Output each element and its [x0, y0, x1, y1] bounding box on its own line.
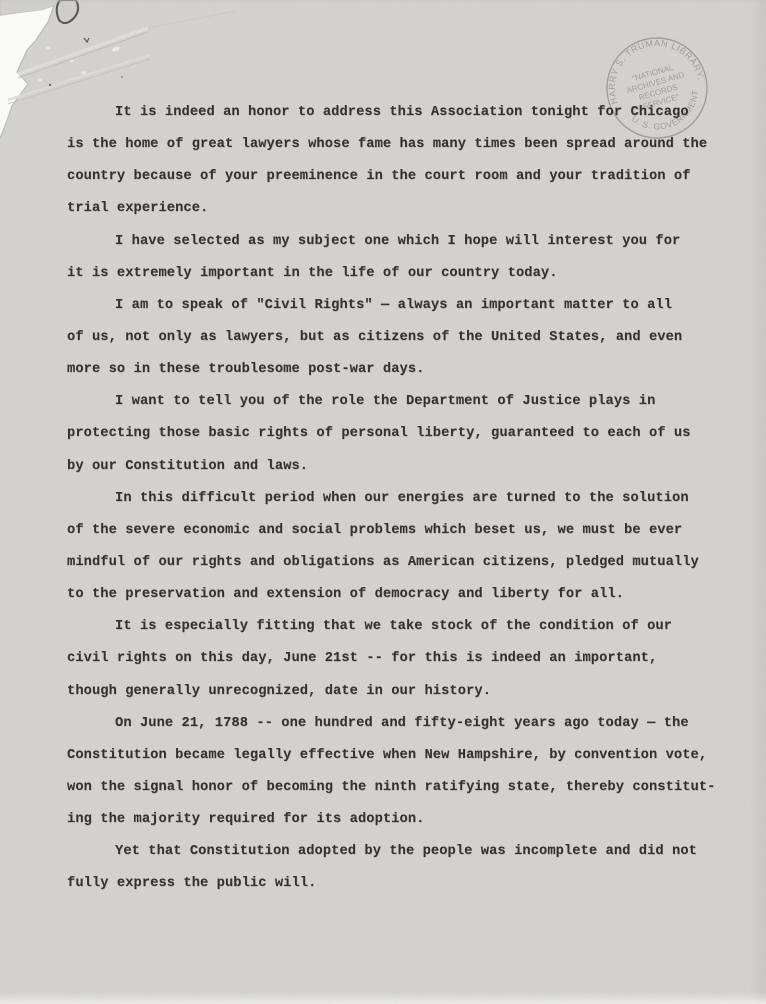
- text-line: to the preservation and extension of dem…: [67, 579, 735, 611]
- paragraph: I have selected as my subject one which …: [67, 226, 735, 290]
- folded-flap: [57, 0, 78, 23]
- paragraph: It is especially fitting that we take st…: [67, 611, 735, 707]
- text-line: It is especially fitting that we take st…: [67, 611, 735, 643]
- text-line: Yet that Constitution adopted by the peo…: [67, 836, 735, 868]
- text-line: it is extremely important in the life of…: [67, 258, 735, 290]
- document-text: It is indeed an honor to address this As…: [67, 97, 735, 901]
- stamp-center-line-2: ARCHIVES AND: [626, 70, 686, 95]
- text-line: of us, not only as lawyers, but as citiz…: [67, 322, 735, 354]
- text-line: mindful of our rights and obligations as…: [67, 547, 735, 579]
- paragraph: I want to tell you of the role the Depar…: [67, 386, 735, 482]
- paper-edge-shade-bottom: [0, 992, 766, 1004]
- text-line: won the signal honor of becoming the nin…: [67, 772, 735, 804]
- text-line: I am to speak of "Civil Rights" — always…: [67, 290, 735, 322]
- text-line: I have selected as my subject one which …: [67, 226, 735, 258]
- paragraph: I am to speak of "Civil Rights" — always…: [67, 290, 735, 386]
- paragraph: On June 21, 1788 -- one hundred and fift…: [67, 708, 735, 837]
- text-line: It is indeed an honor to address this As…: [67, 97, 735, 129]
- text-line: ing the majority required for its adopti…: [67, 804, 735, 836]
- paper-edge-shade-top: [0, 0, 766, 4]
- text-line: I want to tell you of the role the Depar…: [67, 386, 735, 418]
- torn-corner-white: [0, 3, 55, 138]
- text-line: of the severe economic and social proble…: [67, 515, 735, 547]
- stamp-center-line-1: "NATIONAL: [631, 63, 675, 83]
- text-line: On June 21, 1788 -- one hundred and fift…: [67, 708, 735, 740]
- text-line: by our Constitution and laws.: [67, 451, 735, 483]
- text-line: protecting those basic rights of persona…: [67, 418, 735, 450]
- paper-edge-shade-right: [750, 0, 766, 1004]
- text-line: trial experience.: [67, 193, 735, 225]
- text-line: more so in these troublesome post-war da…: [67, 354, 735, 386]
- text-line: Constitution became legally effective wh…: [67, 740, 735, 772]
- paragraph: Yet that Constitution adopted by the peo…: [67, 836, 735, 900]
- text-line: In this difficult period when our energi…: [67, 483, 735, 515]
- text-line: civil rights on this day, June 21st -- f…: [67, 643, 735, 675]
- text-line: though generally unrecognized, date in o…: [67, 676, 735, 708]
- document-page: It is indeed an honor to address this As…: [0, 0, 766, 1004]
- text-line: fully express the public will.: [67, 868, 735, 900]
- paragraph: In this difficult period when our energi…: [67, 483, 735, 612]
- text-line: country because of your preeminence in t…: [67, 161, 735, 193]
- text-line: is the home of great lawyers whose fame …: [67, 129, 735, 161]
- paragraph: It is indeed an honor to address this As…: [67, 97, 735, 226]
